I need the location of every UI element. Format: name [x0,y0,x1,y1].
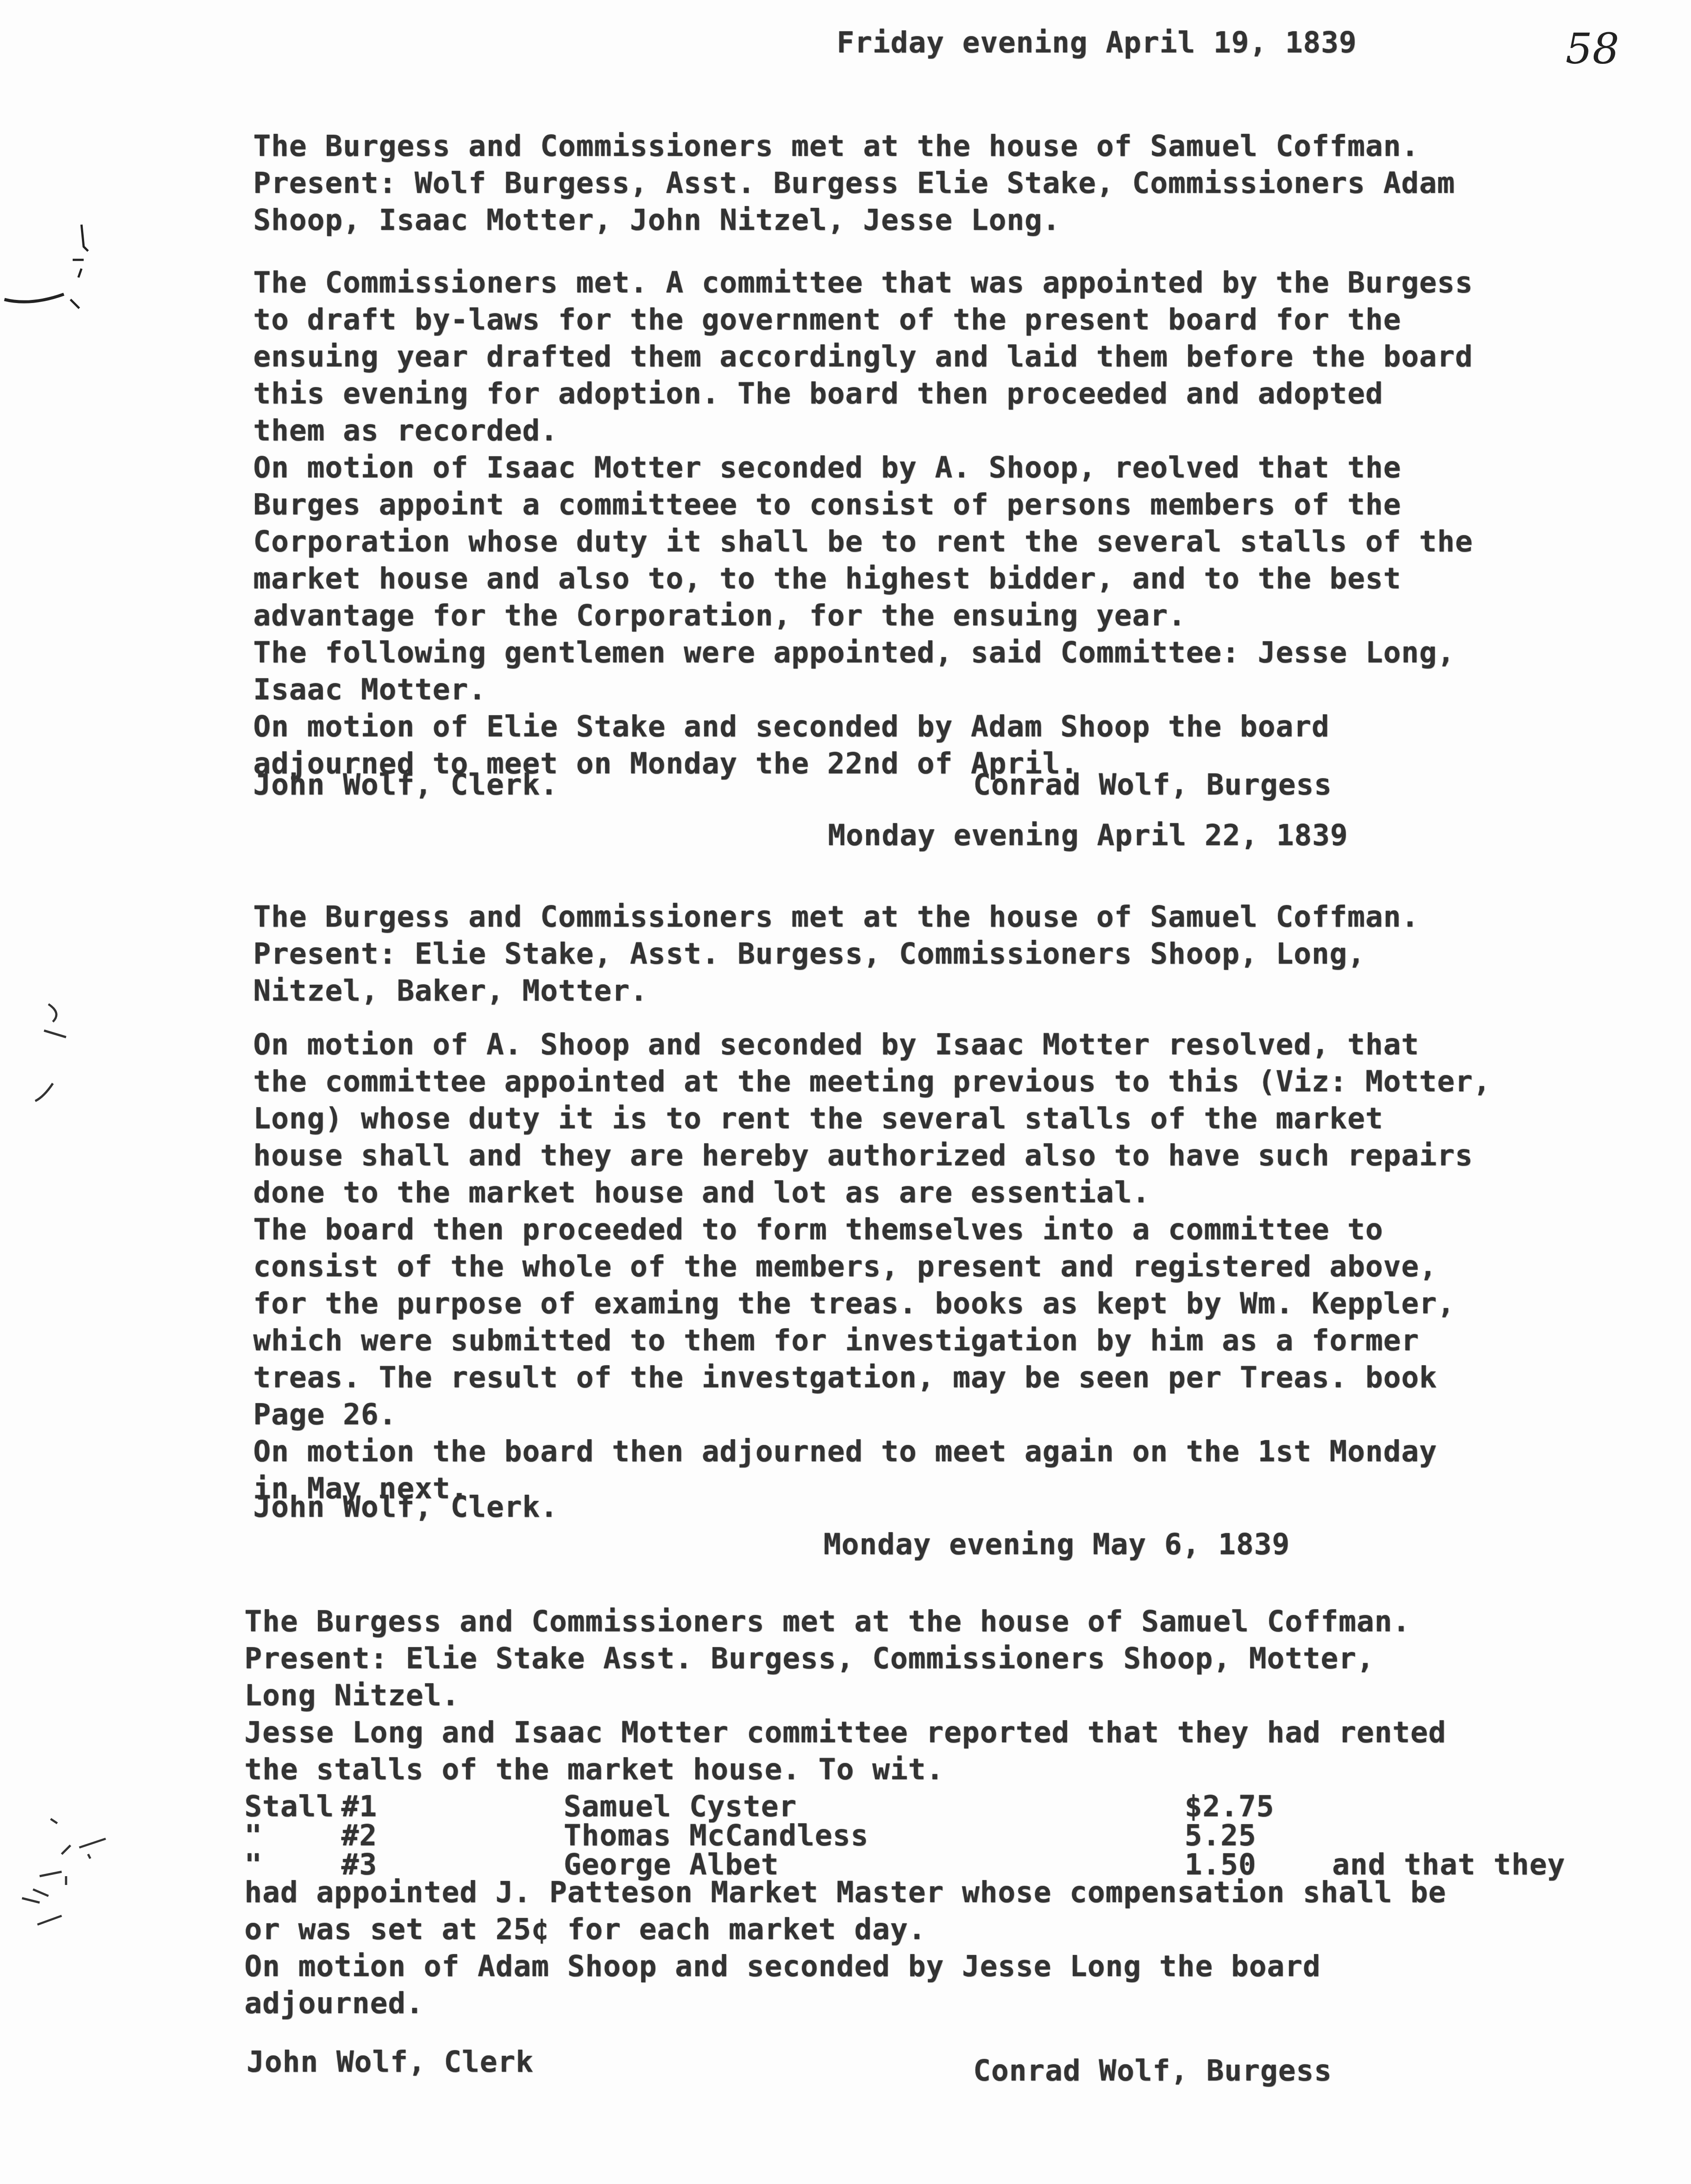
text-line: or was set at 25¢ for each market day. [244,1911,1446,1948]
text-line: house shall and they are hereby authoriz… [253,1137,1491,1174]
text-line: this evening for adoption. The board the… [253,375,1473,412]
text-line: Shoop, Isaac Motter, John Nitzel, Jesse … [253,202,1455,239]
text-line: the committee appointed at the meeting p… [253,1063,1491,1100]
text-line: to draft by-laws for the government of t… [253,301,1473,338]
text-line: Present: Elie Stake, Asst. Burgess, Comm… [253,935,1419,972]
text-line: The board then proceeded to form themsel… [253,1211,1491,1248]
entry-3-signature-burgess: Conrad Wolf, Burgess [973,2052,1332,2089]
text-line: Jesse Long and Isaac Motter committee re… [244,1714,1446,1751]
text-line: them as recorded. [253,412,1473,449]
text-line: The following gentlemen were appointed, … [253,634,1473,671]
entry-1-signature-burgess: Conrad Wolf, Burgess [973,766,1332,803]
text-line: Corporation whose duty it shall be to re… [253,523,1473,560]
text-line: Long) whose duty it is to rent the sever… [253,1100,1491,1137]
text-line: adjourned. [244,1985,1446,2022]
text-line: had appointed J. Patteson Market Master … [244,1874,1446,1911]
text-line: On motion of Isaac Motter seconded by A.… [253,449,1473,486]
entry-1-paragraph-1: The Burgess and Commissioners met at the… [253,128,1455,239]
entry-1-heading: Friday evening April 19, 1839 [837,24,1357,61]
text-line: The Burgess and Commissioners met at the… [244,1603,1446,1640]
text-line: The Burgess and Commissioners met at the… [253,898,1419,935]
text-line: Burges appoint a committeee to consist o… [253,486,1473,523]
text-line: Present: Elie Stake Asst. Burgess, Commi… [244,1640,1446,1677]
margin-asterisk-mark-icon [13,1806,110,1938]
text-line: done to the market house and lot as are … [253,1174,1491,1211]
text-line: Page 26. [253,1396,1491,1433]
text-line: Nitzel, Baker, Motter. [253,972,1419,1009]
text-line: The Burgess and Commissioners met at the… [253,128,1455,165]
margin-pen-mark-icon [26,995,97,1110]
text-line: consist of the whole of the members, pre… [253,1248,1491,1285]
text-line: ensuing year drafted them accordingly an… [253,338,1473,375]
entry-3-signature-clerk: John Wolf, Clerk [247,2044,534,2081]
entry-3-heading: Monday evening May 6, 1839 [823,1526,1290,1563]
document-page: 58 Friday evening April 19, 1839 The Bur… [0,0,1691,2184]
text-line: On motion of A. Shoop and seconded by Is… [253,1026,1491,1063]
text-line: On motion of Elie Stake and seconded by … [253,708,1473,745]
text-line: On motion of Adam Shoop and seconded by … [244,1948,1446,1985]
entry-3-closing: had appointed J. Patteson Market Master … [244,1874,1446,2022]
entry-3-paragraph-1: The Burgess and Commissioners met at the… [244,1603,1446,1788]
text-line: the stalls of the market house. To wit. [244,1751,1446,1788]
text-line: for the purpose of examing the treas. bo… [253,1285,1491,1322]
text-line: On motion the board then adjourned to me… [253,1433,1491,1470]
text-line: Isaac Motter. [253,671,1473,708]
text-line: Present: Wolf Burgess, Asst. Burgess Eli… [253,165,1455,202]
entry-1-signature-clerk: John Wolf, Clerk. [253,766,558,803]
text-line: Long Nitzel. [244,1677,1446,1714]
entry-2-paragraph-1: The Burgess and Commissioners met at the… [253,898,1419,1009]
entry-2-paragraph-2: On motion of A. Shoop and seconded by Is… [253,1026,1491,1507]
margin-pen-mark-icon [0,198,106,313]
entry-1-paragraph-2: The Commissioners met. A committee that … [253,264,1473,782]
text-line: advantage for the Corporation, for the e… [253,597,1473,634]
text-line: The Commissioners met. A committee that … [253,264,1473,301]
text-line: treas. The result of the investgation, m… [253,1359,1491,1396]
page-number: 58 [1565,24,1619,74]
entry-2-heading: Monday evening April 22, 1839 [828,817,1348,854]
text-line: which were submitted to them for investi… [253,1322,1491,1359]
entry-2-signature-clerk: John Wolf, Clerk. [253,1489,558,1526]
text-line: market house and also to, to the highest… [253,560,1473,597]
